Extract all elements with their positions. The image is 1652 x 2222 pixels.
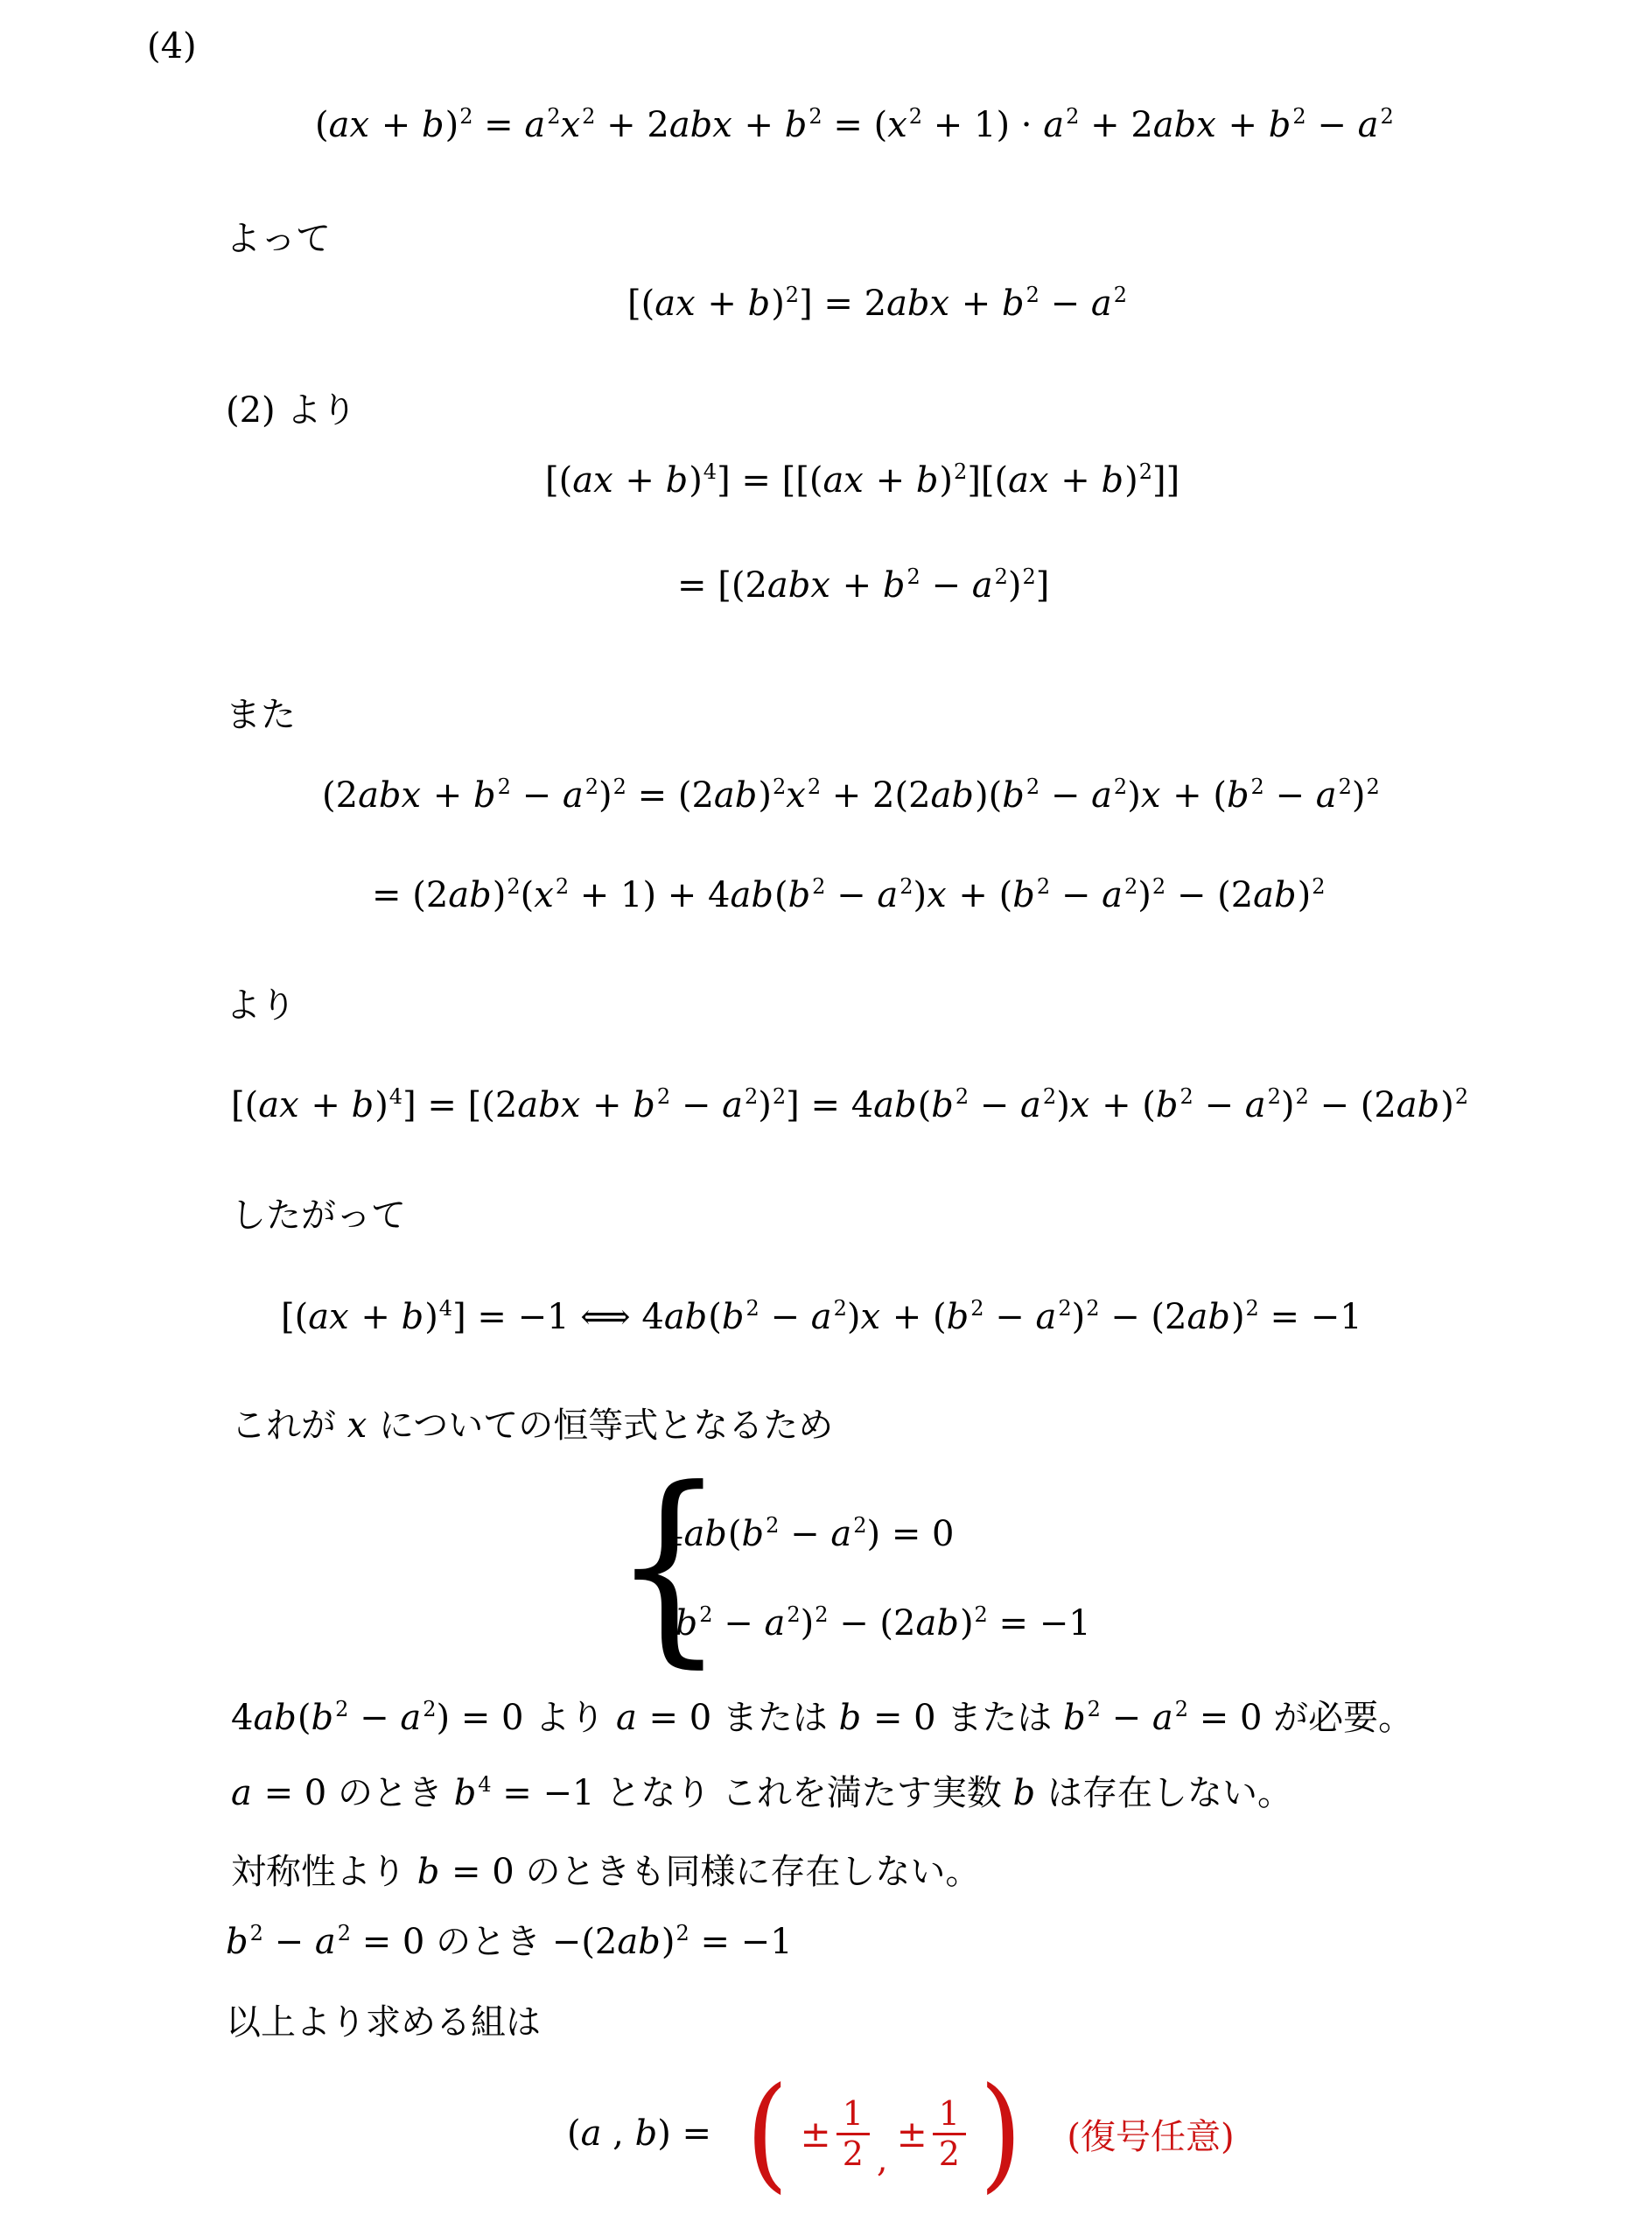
text-mata: また <box>226 693 296 737</box>
fraction-a-denominator: 2 <box>836 2133 870 2173</box>
equation-expand-2abx: (2abx + b2 − a2)2 = (2ab)2x2 + 2(2ab)(b2… <box>322 774 1380 817</box>
text-conclusion: 以上より求める組は <box>226 2001 541 2044</box>
equation-case-1: 4ab(b2 − a2) = 0 <box>661 1512 955 1556</box>
equation-fourth-power-result: [(ax + b)4] = [(2abx + b2 − a2)2] = 4ab(… <box>231 1083 1468 1127</box>
plus-minus-sign-b: ± <box>897 2113 927 2155</box>
final-answer: (a , b) = ( ± 1 2 , ± 1 2 ) (復号任意) <box>567 2072 1235 2195</box>
equation-bracket-square: [(ax + b)2] = 2abx + b2 − a2 <box>627 282 1127 326</box>
text-yotte: よって <box>226 217 331 261</box>
fraction-b: 1 2 <box>933 2095 966 2172</box>
answer-comma: , <box>877 2140 888 2180</box>
text-shitagatte: したがって <box>231 1194 406 1237</box>
equation-iff-condition: [(ax + b)4] = −1 ⟺ 4ab(b2 − a2)x + (b2 −… <box>281 1295 1362 1339</box>
text-symmetry: 対称性より b = 0 のときも同様に存在しない。 <box>231 1850 980 1894</box>
equation-expand-square: (ax + b)2 = a2x2 + 2abx + b2 = (x2 + 1) … <box>315 103 1394 147</box>
fraction-a: 1 2 <box>836 2095 870 2172</box>
equation-case-2: (b2 − a2)2 − (2ab)2 = −1 <box>661 1602 1091 1645</box>
equation-fourth-power: [(ax + b)4] = [[(ax + b)2][(ax + b)2]] <box>545 459 1179 502</box>
math-solution-page: (4) (ax + b)2 = a2x2 + 2abx + b2 = (x2 +… <box>0 0 1652 2222</box>
text-from-part2: (2) より <box>226 389 356 432</box>
text-necessary-condition: 4ab(b2 − a2) = 0 より a = 0 または b = 0 または … <box>231 1696 1413 1740</box>
text-identity-condition: これが x についての恒等式となるため <box>231 1404 833 1447</box>
text-yori: より <box>226 984 296 1027</box>
equation-fourth-power-continued: = [(2abx + b2 − a2)2] <box>677 564 1049 607</box>
answer-close-paren: ) <box>979 2071 1022 2196</box>
plus-minus-sign-a: ± <box>800 2113 830 2155</box>
text-case-a-zero: a = 0 のとき b4 = −1 となり これを満たす実数 b は存在しない。 <box>231 1771 1292 1815</box>
fraction-b-numerator: 1 <box>933 2095 966 2133</box>
text-case-b2-a2: b2 − a2 = 0 のとき −(2ab)2 = −1 <box>226 1920 793 1964</box>
answer-sign-note: (復号任意) <box>1067 2109 1234 2159</box>
answer-lhs: (a , b) = <box>567 2113 711 2154</box>
fraction-b-denominator: 2 <box>933 2133 966 2173</box>
fraction-a-numerator: 1 <box>836 2095 870 2133</box>
problem-label: (4) <box>147 25 197 68</box>
answer-open-paren: ( <box>745 2071 788 2196</box>
equation-expand-2abx-continued: = (2ab)2(x2 + 1) + 4ab(b2 − a2)x + (b2 −… <box>372 873 1326 917</box>
